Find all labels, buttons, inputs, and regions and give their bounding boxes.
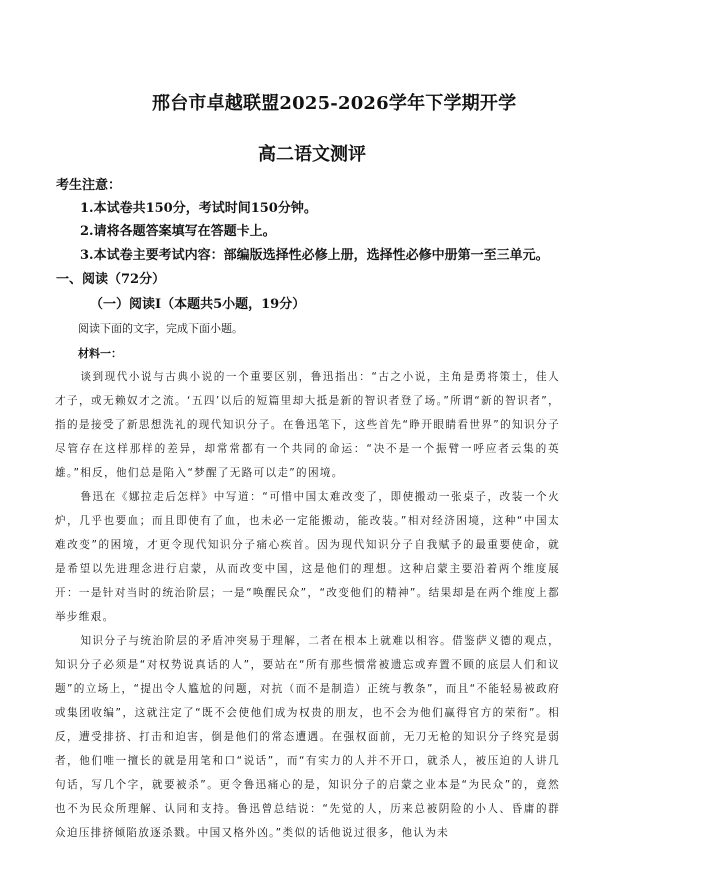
section-heading: 一、阅读（72分） (56, 268, 165, 287)
exam-title: 邢台市卓越联盟2025-2026学年下学期开学 (152, 89, 516, 115)
exam-page: 邢台市卓越联盟2025-2026学年下学期开学 高二语文测评 考生注意： 1.本… (0, 0, 701, 877)
notice-item-2: 2.请将各题答案填写在答题卡上。 (80, 220, 276, 239)
reading-passage: 谈到现代小说与古典小说的一个重要区别，鲁迅指出：“古之小说，主角是勇将策士，佳人… (55, 365, 560, 845)
notice-item-3: 3.本试卷主要考试内容：部编版选择性必修上册，选择性必修中册第一至三单元。 (80, 244, 549, 263)
notice-heading: 考生注意： (56, 174, 121, 193)
passage-paragraph-1: 谈到现代小说与古典小说的一个重要区别，鲁迅指出：“古之小说，主角是勇将策士，佳人… (55, 365, 560, 485)
reading-instruction: 阅读下面的文字，完成下面小题。 (78, 320, 243, 336)
passage-paragraph-2: 鲁迅在《娜拉走后怎样》中写道：“可惜中国太难改变了，即使搬动一张桌子，改装一个火… (55, 485, 560, 629)
material-label: 材料一： (78, 345, 122, 361)
exam-subtitle: 高二语文测评 (258, 140, 366, 166)
subsection-heading: （一）阅读Ⅰ（本题共5小题，19分） (90, 293, 305, 312)
passage-paragraph-3: 知识分子与统治阶层的矛盾冲突易于理解，二者在根本上就难以相容。借鉴萨义德的观点，… (55, 629, 560, 845)
notice-item-1: 1.本试卷共150分，考试时间150分钟。 (80, 197, 317, 216)
